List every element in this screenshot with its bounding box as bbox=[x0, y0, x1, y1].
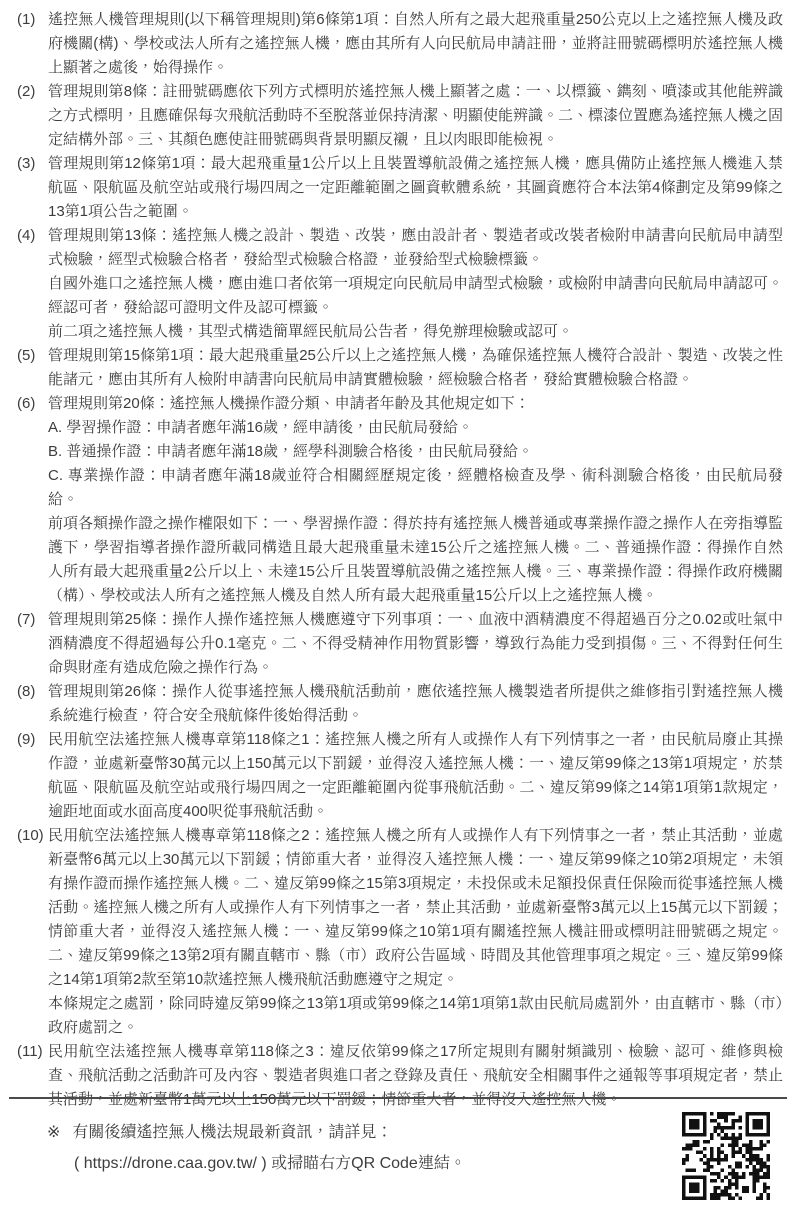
regulation-item-7: (7) 管理規則第25條：操作人操作遙控無人機應遵守下列事項：一、血液中酒精濃度… bbox=[17, 608, 783, 680]
item-subparagraph-c: C. 專業操作證：申請者應年滿18歲並符合相關經歷規定後，經體格檢查及學、術科測… bbox=[48, 464, 783, 512]
item-paragraph: 前項各類操作證之操作權限如下：一、學習操作證：得於持有遙控無人機普通或專業操作證… bbox=[48, 512, 783, 608]
item-paragraph: 管理規則第26條：操作人從事遙控無人機飛航活動前，應依遙控無人機製造者所提供之維… bbox=[48, 680, 783, 728]
regulation-item-10: (10) 民用航空法遙控無人機專章第118條之2：遙控無人機之所有人或操作人有下… bbox=[17, 824, 783, 1040]
item-number: (6) bbox=[17, 392, 48, 416]
regulation-list: (1) 遙控無人機管理規則(以下稱管理規則)第6條第1項：自然人所有之最大起飛重… bbox=[0, 0, 800, 1112]
regulation-item-9: (9) 民用航空法遙控無人機專章第118條之1：遙控無人機之所有人或操作人有下列… bbox=[17, 728, 783, 824]
item-paragraph: 管理規則第25條：操作人操作遙控無人機應遵守下列事項：一、血液中酒精濃度不得超過… bbox=[48, 608, 783, 680]
item-subparagraph-a: A. 學習操作證：申請者應年滿16歲，經申請後，由民航局發給。 bbox=[48, 416, 783, 440]
item-paragraph: 自國外進口之遙控無人機，應由進口者依第一項規定向民航局申請型式檢驗，或檢附申請書… bbox=[48, 272, 783, 320]
regulation-item-3: (3) 管理規則第12條第1項：最大起飛重量1公斤以上且裝置導航設備之遙控無人機… bbox=[17, 152, 783, 224]
item-number: (1) bbox=[17, 8, 48, 32]
footer-note: ※ 有關後續遙控無人機法規最新資訊，請詳見： ( https://drone.c… bbox=[47, 1117, 466, 1179]
item-paragraph: 民用航空法遙控無人機專章第118條之1：遙控無人機之所有人或操作人有下列情事之一… bbox=[48, 728, 783, 824]
item-paragraph: 本條規定之處罰，除同時違反第99條之13第1項或第99條之14第1項第1款由民航… bbox=[48, 992, 783, 1040]
item-paragraph: 前二項之遙控無人機，其型式構造簡單經民航局公告者，得免辦理檢驗或認可。 bbox=[48, 320, 783, 344]
item-paragraph: 管理規則第13條：遙控無人機之設計、製造、改裝，應由設計者、製造者或改裝者檢附申… bbox=[48, 224, 783, 272]
item-subparagraph-b: B. 普通操作證：申請者應年滿18歲，經學科測驗合格後，由民航局發給。 bbox=[48, 440, 783, 464]
item-number: (7) bbox=[17, 608, 48, 632]
item-number: (9) bbox=[17, 728, 48, 752]
item-number: (10) bbox=[17, 824, 48, 848]
item-number: (3) bbox=[17, 152, 48, 176]
regulation-item-4: (4) 管理規則第13條：遙控無人機之設計、製造、改裝，應由設計者、製造者或改裝… bbox=[17, 224, 783, 344]
regulation-leaflet: { "document": { "language": "zh-Hant", "… bbox=[0, 0, 800, 1210]
reference-marker: ※ bbox=[47, 1117, 60, 1148]
item-paragraph: 遙控無人機管理規則(以下稱管理規則)第6條第1項：自然人所有之最大起飛重量250… bbox=[48, 8, 783, 80]
item-number: (5) bbox=[17, 344, 48, 368]
footer-section: ※ 有關後續遙控無人機法規最新資訊，請詳見： ( https://drone.c… bbox=[0, 1097, 800, 1200]
footer-note-line1: 有關後續遙控無人機法規最新資訊，請詳見： bbox=[72, 1117, 392, 1148]
regulation-item-1: (1) 遙控無人機管理規則(以下稱管理規則)第6條第1項：自然人所有之最大起飛重… bbox=[17, 8, 783, 80]
item-number: (8) bbox=[17, 680, 48, 704]
regulation-item-6: (6) 管理規則第20條：遙控無人機操作證分類、申請者年齡及其他規定如下： A.… bbox=[17, 392, 783, 608]
regulation-item-2: (2) 管理規則第8條：註冊號碼應依下列方式標明於遙控無人機上顯著之處：一、以標… bbox=[17, 80, 783, 152]
qr-code bbox=[682, 1112, 770, 1200]
item-paragraph: 管理規則第20條：遙控無人機操作證分類、申請者年齡及其他規定如下： bbox=[48, 392, 783, 416]
item-number: (4) bbox=[17, 224, 48, 248]
regulation-item-5: (5) 管理規則第15條第1項：最大起飛重量25公斤以上之遙控無人機，為確保遙控… bbox=[17, 344, 783, 392]
footer-note-line2: ( https://drone.caa.gov.tw/ ) 或掃瞄右方QR Co… bbox=[74, 1148, 466, 1179]
item-number: (2) bbox=[17, 80, 48, 104]
item-paragraph: 管理規則第15條第1項：最大起飛重量25公斤以上之遙控無人機，為確保遙控無人機符… bbox=[48, 344, 783, 392]
item-paragraph: 管理規則第12條第1項：最大起飛重量1公斤以上且裝置導航設備之遙控無人機，應具備… bbox=[48, 152, 783, 224]
item-paragraph: 民用航空法遙控無人機專章第118條之2：遙控無人機之所有人或操作人有下列情事之一… bbox=[48, 824, 783, 992]
item-number: (11) bbox=[17, 1040, 48, 1064]
regulation-item-8: (8) 管理規則第26條：操作人從事遙控無人機飛航活動前，應依遙控無人機製造者所… bbox=[17, 680, 783, 728]
item-paragraph: 管理規則第8條：註冊號碼應依下列方式標明於遙控無人機上顯著之處：一、以標籤、鐫刻… bbox=[48, 80, 783, 152]
